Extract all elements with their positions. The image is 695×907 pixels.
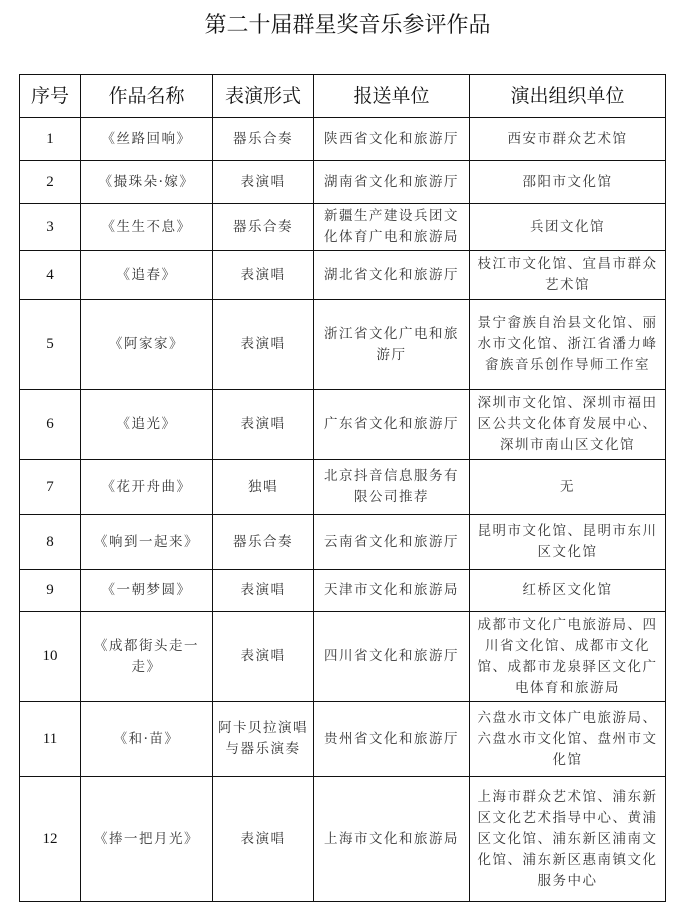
cell-sender: 四川省文化和旅游厅 <box>314 612 470 702</box>
table-row: 11《和·苗》阿卡贝拉演唱与器乐演奏贵州省文化和旅游厅六盘水市文体广电旅游局、六… <box>20 702 666 777</box>
header-name: 作品名称 <box>81 75 213 118</box>
table-row: 9《一朝梦圆》表演唱天津市文化和旅游局红桥区文化馆 <box>20 570 666 612</box>
cell-name: 《花开舟曲》 <box>81 460 213 515</box>
header-sender: 报送单位 <box>314 75 470 118</box>
cell-no: 10 <box>20 612 81 702</box>
cell-sender: 广东省文化和旅游厅 <box>314 390 470 460</box>
header-org: 演出组织单位 <box>470 75 666 118</box>
cell-sender: 贵州省文化和旅游厅 <box>314 702 470 777</box>
cell-name: 《丝路回响》 <box>81 118 213 161</box>
cell-org: 景宁畲族自治县文化馆、丽水市文化馆、浙江省潘力峰畲族音乐创作导师工作室 <box>470 300 666 390</box>
cell-name: 《成都街头走一走》 <box>81 612 213 702</box>
table-row: 8《响到一起来》器乐合奏云南省文化和旅游厅昆明市文化馆、昆明市东川区文化馆 <box>20 515 666 570</box>
table-row: 12《捧一把月光》表演唱上海市文化和旅游局上海市群众艺术馆、浦东新区文化艺术指导… <box>20 777 666 902</box>
table-row: 4《追春》表演唱湖北省文化和旅游厅枝江市文化馆、宜昌市群众艺术馆 <box>20 251 666 300</box>
cell-form: 表演唱 <box>213 777 314 902</box>
cell-org: 六盘水市文体广电旅游局、六盘水市文化馆、盘州市文化馆 <box>470 702 666 777</box>
cell-form: 器乐合奏 <box>213 515 314 570</box>
cell-sender: 云南省文化和旅游厅 <box>314 515 470 570</box>
cell-no: 2 <box>20 161 81 204</box>
cell-no: 5 <box>20 300 81 390</box>
cell-form: 表演唱 <box>213 161 314 204</box>
cell-sender: 浙江省文化广电和旅游厅 <box>314 300 470 390</box>
cell-no: 11 <box>20 702 81 777</box>
cell-org: 枝江市文化馆、宜昌市群众艺术馆 <box>470 251 666 300</box>
table-row: 1《丝路回响》器乐合奏陕西省文化和旅游厅西安市群众艺术馆 <box>20 118 666 161</box>
cell-form: 表演唱 <box>213 251 314 300</box>
cell-name: 《追光》 <box>81 390 213 460</box>
cell-no: 7 <box>20 460 81 515</box>
cell-form: 表演唱 <box>213 612 314 702</box>
table-row: 6《追光》表演唱广东省文化和旅游厅深圳市文化馆、深圳市福田区公共文化体育发展中心… <box>20 390 666 460</box>
cell-name: 《生生不息》 <box>81 204 213 251</box>
cell-sender: 天津市文化和旅游局 <box>314 570 470 612</box>
table-row: 7《花开舟曲》独唱北京抖音信息服务有限公司推荐无 <box>20 460 666 515</box>
cell-name: 《撮珠朵·嫁》 <box>81 161 213 204</box>
cell-no: 12 <box>20 777 81 902</box>
cell-no: 9 <box>20 570 81 612</box>
cell-sender: 湖北省文化和旅游厅 <box>314 251 470 300</box>
cell-org: 红桥区文化馆 <box>470 570 666 612</box>
cell-no: 1 <box>20 118 81 161</box>
cell-form: 表演唱 <box>213 570 314 612</box>
page-title: 第二十届群星奖音乐参评作品 <box>0 8 695 39</box>
table-row: 5《阿家家》表演唱浙江省文化广电和旅游厅景宁畲族自治县文化馆、丽水市文化馆、浙江… <box>20 300 666 390</box>
cell-org: 昆明市文化馆、昆明市东川区文化馆 <box>470 515 666 570</box>
header-form: 表演形式 <box>213 75 314 118</box>
cell-name: 《追春》 <box>81 251 213 300</box>
table-header-row: 序号 作品名称 表演形式 报送单位 演出组织单位 <box>20 75 666 118</box>
works-table: 序号 作品名称 表演形式 报送单位 演出组织单位 1《丝路回响》器乐合奏陕西省文… <box>19 74 666 902</box>
cell-sender: 陕西省文化和旅游厅 <box>314 118 470 161</box>
cell-sender: 上海市文化和旅游局 <box>314 777 470 902</box>
table-row: 10《成都街头走一走》表演唱四川省文化和旅游厅成都市文化广电旅游局、四川省文化馆… <box>20 612 666 702</box>
cell-form: 器乐合奏 <box>213 204 314 251</box>
cell-sender: 北京抖音信息服务有限公司推荐 <box>314 460 470 515</box>
table-row: 3《生生不息》器乐合奏新疆生产建设兵团文化体育广电和旅游局兵团文化馆 <box>20 204 666 251</box>
cell-name: 《阿家家》 <box>81 300 213 390</box>
cell-org: 无 <box>470 460 666 515</box>
cell-org: 西安市群众艺术馆 <box>470 118 666 161</box>
header-no: 序号 <box>20 75 81 118</box>
cell-name: 《和·苗》 <box>81 702 213 777</box>
cell-no: 4 <box>20 251 81 300</box>
cell-sender: 湖南省文化和旅游厅 <box>314 161 470 204</box>
cell-name: 《捧一把月光》 <box>81 777 213 902</box>
cell-no: 8 <box>20 515 81 570</box>
cell-org: 深圳市文化馆、深圳市福田区公共文化体育发展中心、深圳市南山区文化馆 <box>470 390 666 460</box>
cell-form: 阿卡贝拉演唱与器乐演奏 <box>213 702 314 777</box>
cell-no: 6 <box>20 390 81 460</box>
cell-form: 表演唱 <box>213 390 314 460</box>
cell-org: 兵团文化馆 <box>470 204 666 251</box>
cell-no: 3 <box>20 204 81 251</box>
cell-org: 邵阳市文化馆 <box>470 161 666 204</box>
cell-name: 《一朝梦圆》 <box>81 570 213 612</box>
cell-form: 器乐合奏 <box>213 118 314 161</box>
cell-name: 《响到一起来》 <box>81 515 213 570</box>
cell-sender: 新疆生产建设兵团文化体育广电和旅游局 <box>314 204 470 251</box>
table-row: 2《撮珠朵·嫁》表演唱湖南省文化和旅游厅邵阳市文化馆 <box>20 161 666 204</box>
cell-form: 独唱 <box>213 460 314 515</box>
cell-org: 成都市文化广电旅游局、四川省文化馆、成都市文化馆、成都市龙泉驿区文化广电体育和旅… <box>470 612 666 702</box>
cell-form: 表演唱 <box>213 300 314 390</box>
cell-org: 上海市群众艺术馆、浦东新区文化艺术指导中心、黄浦区文化馆、浦东新区浦南文化馆、浦… <box>470 777 666 902</box>
